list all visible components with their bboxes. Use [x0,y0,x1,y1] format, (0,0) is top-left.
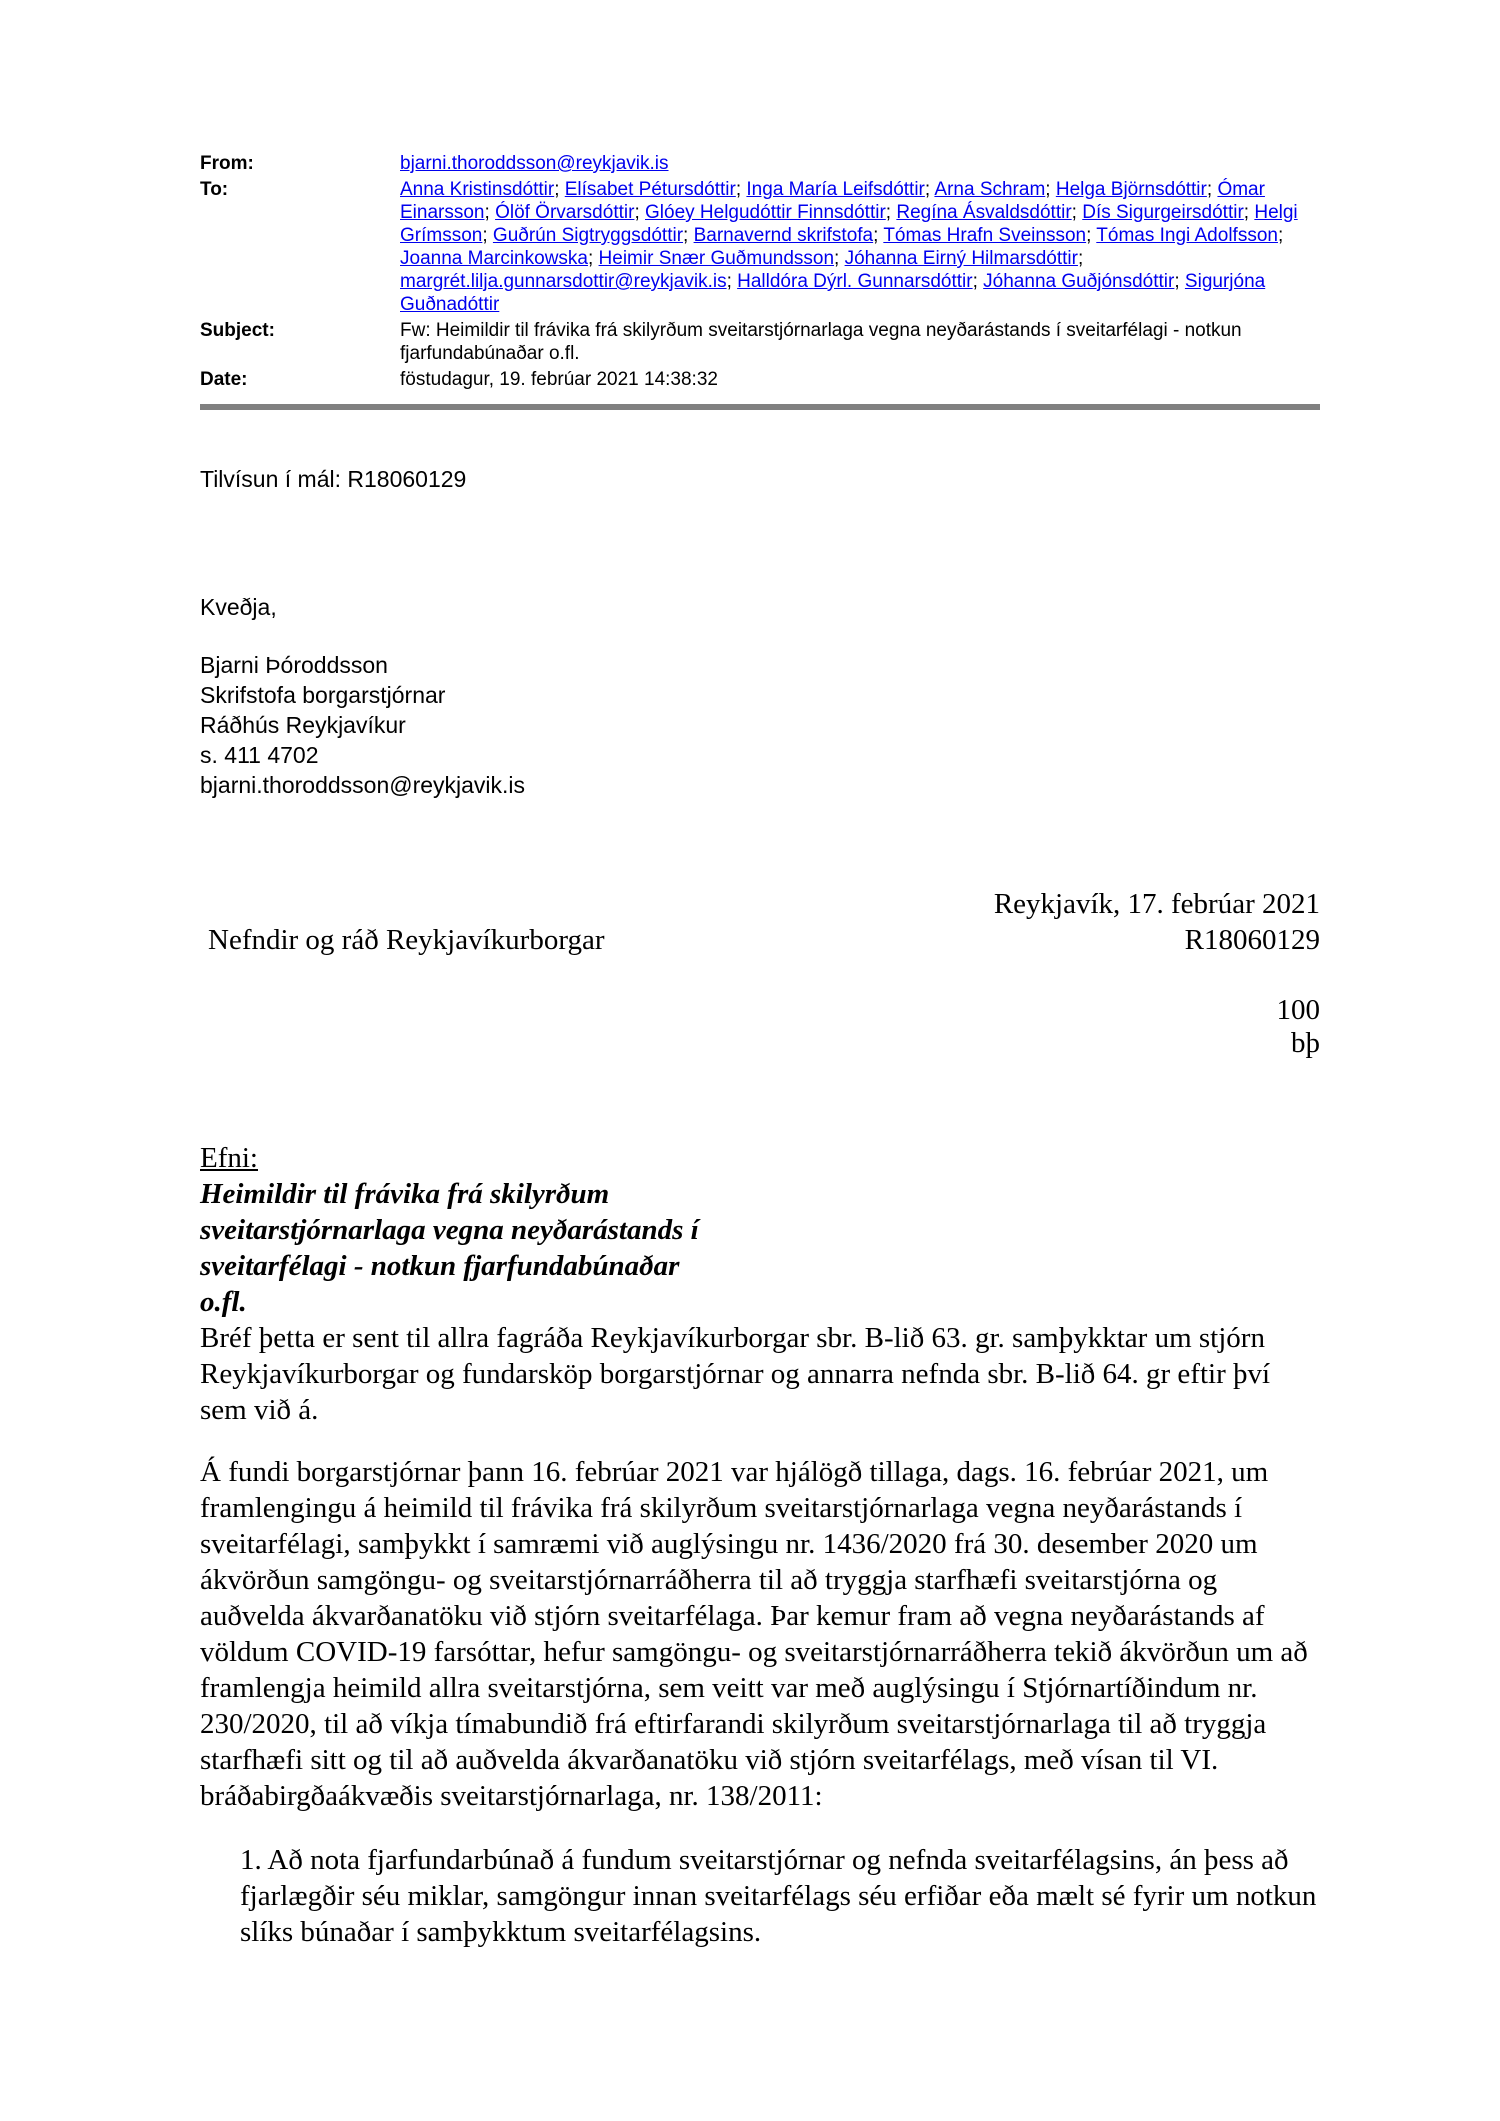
letter-recipient: Nefndir og ráð Reykjavíkurborgar [200,922,604,958]
recipient-link[interactable]: Jóhanna Eirný Hilmarsdóttir [845,248,1078,269]
letter-head-right: Reykjavík, 17. febrúar 2021 R18060129 [994,886,1320,958]
signature-building: Ráðhús Reykjavíkur [200,710,1320,740]
date-label: Date: [200,368,400,391]
to-recipients: Anna Kristinsdóttir; Elísabet Pétursdótt… [400,178,1320,316]
letter-subject-line: sveitarfélagi - notkun fjarfundabúnaðar [200,1248,1320,1284]
recipient-link[interactable]: Tómas Ingi Adolfsson [1096,225,1278,246]
recipient-link[interactable]: Ólöf Örvarsdóttir [495,202,634,223]
recipient-link[interactable]: Heimir Snær Guðmundsson [599,248,834,269]
recipient-link[interactable]: Inga María Leifsdóttir [746,179,924,200]
date-value: föstudagur, 19. febrúar 2021 14:38:32 [400,368,1320,391]
letter-subject-title: Heimildir til frávika frá skilyrðum svei… [200,1176,1320,1320]
email-header: From: bjarni.thoroddsson@reykjavik.is To… [200,0,1320,391]
recipient-link[interactable]: Barnavernd skrifstofa [694,225,874,246]
signature-block: Bjarni Þóroddsson Skrifstofa borgarstjór… [200,650,1320,800]
subject-label: Subject: [200,319,400,365]
letter-body: Nefndir og ráð Reykjavíkurborgar Reykjav… [200,886,1320,1950]
letter-subject-line: sveitarstjórnarlaga vegna neyðarástands … [200,1212,1320,1248]
case-reference: Tilvísun í mál: R18060129 [200,464,1320,494]
recipient-link[interactable]: Regína Ásvaldsdóttir [896,202,1071,223]
email-document-page: From: bjarni.thoroddsson@reykjavik.is To… [0,0,1500,2121]
letter-subject-line: Heimildir til frávika frá skilyrðum [200,1176,1320,1212]
recipient-link[interactable]: Anna Kristinsdóttir [400,179,554,200]
from-value: bjarni.thoroddsson@reykjavik.is [400,152,1320,175]
letter-paragraph: Bréf þetta er sent til allra fagráða Rey… [200,1320,1320,1428]
from-address-link[interactable]: bjarni.thoroddsson@reykjavik.is [400,153,669,174]
closing-salutation: Kveðja, [200,592,1320,622]
letter-meta: 100 bþ [200,994,1320,1060]
recipient-link[interactable]: Arna Schram [934,179,1045,200]
signature-office: Skrifstofa borgarstjórnar [200,680,1320,710]
recipient-link[interactable]: Jóhanna Guðjónsdóttir [983,271,1174,292]
subject-value: Fw: Heimildir til frávika frá skilyrðum … [400,319,1320,365]
recipient-link[interactable]: Halldóra Dýrl. Gunnarsdóttir [737,271,972,292]
recipient-link[interactable]: Elísabet Pétursdóttir [565,179,736,200]
recipient-link[interactable]: margrét.lilja.gunnarsdottir@reykjavik.is [400,271,727,292]
letter-place-date: Reykjavík, 17. febrúar 2021 [994,886,1320,922]
letter-subject-line: o.fl. [200,1284,1320,1320]
letter-initials: bþ [200,1027,1320,1060]
from-label: From: [200,152,400,175]
recipient-link[interactable]: Helga Björnsdóttir [1056,179,1207,200]
recipient-link[interactable]: Guðrún Sigtryggsdóttir [493,225,683,246]
letter-paragraph: Á fundi borgarstjórnar þann 16. febrúar … [200,1454,1320,1814]
recipient-link[interactable]: Tómas Hrafn Sveinsson [883,225,1086,246]
letter-subject-label: Efni: [200,1140,1320,1176]
signature-name: Bjarni Þóroddsson [200,650,1320,680]
signature-phone: s. 411 4702 [200,740,1320,770]
header-divider [200,404,1320,410]
signature-email: bjarni.thoroddsson@reykjavik.is [200,770,1320,800]
letter-list-item: 1. Að nota fjarfundarbúnað á fundum svei… [200,1842,1320,1950]
recipient-link[interactable]: Dís Sigurgeirsdóttir [1082,202,1244,223]
letter-copies: 100 [200,994,1320,1027]
letter-head: Nefndir og ráð Reykjavíkurborgar Reykjav… [200,886,1320,958]
recipient-link[interactable]: Glóey Helgudóttir Finnsdóttir [645,202,886,223]
to-label: To: [200,178,400,316]
letter-reference-number: R18060129 [994,922,1320,958]
recipient-link[interactable]: Joanna Marcinkowska [400,248,588,269]
